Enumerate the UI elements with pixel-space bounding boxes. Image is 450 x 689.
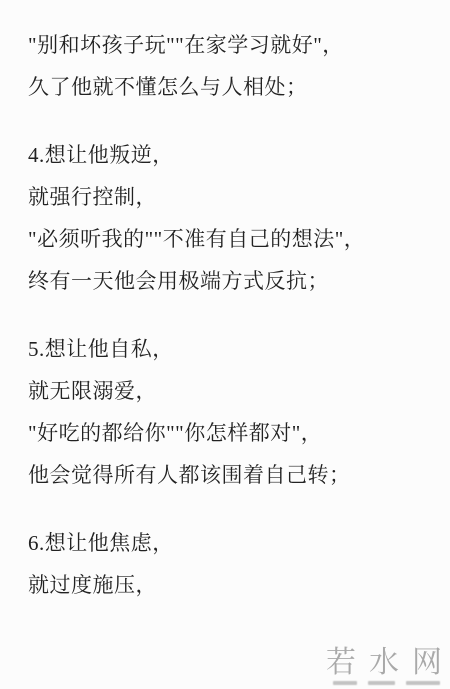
watermark-text: 若水网: [326, 648, 450, 678]
document-page: "别和坏孩子玩""在家学习就好"， 久了他就不懂怎么与人相处； 4.想让他叛逆，…: [0, 0, 450, 689]
text-section-1: "别和坏孩子玩""在家学习就好"， 久了他就不懂怎么与人相处；: [28, 34, 430, 98]
text-line: 4.想让他叛逆，: [28, 144, 430, 166]
text-line: 6.想让他焦虑，: [28, 532, 430, 554]
text-section-2: 4.想让他叛逆， 就强行控制， "必须听我的""不准有自己的想法"， 终有一天他…: [28, 144, 430, 292]
watermark-subtext-bar: [406, 681, 440, 685]
text-line: 5.想让他自私，: [28, 338, 430, 360]
text-line: 久了他就不懂怎么与人相处；: [28, 76, 430, 98]
text-line: 就无限溺爱，: [28, 380, 430, 402]
text-section-4: 6.想让他焦虑， 就过度施压，: [28, 532, 430, 596]
text-line: 终有一天他会用极端方式反抗；: [28, 270, 430, 292]
watermark: 若水网: [326, 648, 442, 685]
watermark-subtext: [326, 681, 442, 685]
text-line: "必须听我的""不准有自己的想法"，: [28, 228, 430, 250]
text-line: "别和坏孩子玩""在家学习就好"，: [28, 34, 430, 56]
watermark-subtext-bar: [368, 681, 395, 685]
text-section-3: 5.想让他自私， 就无限溺爱， "好吃的都给你""你怎样都对"， 他会觉得所有人…: [28, 338, 430, 486]
text-line: 就强行控制，: [28, 186, 430, 208]
watermark-subtext-bar: [333, 681, 357, 685]
text-line: 他会觉得所有人都该围着自己转；: [28, 464, 430, 486]
text-line: "好吃的都给你""你怎样都对"，: [28, 422, 430, 444]
text-line: 就过度施压，: [28, 574, 430, 596]
